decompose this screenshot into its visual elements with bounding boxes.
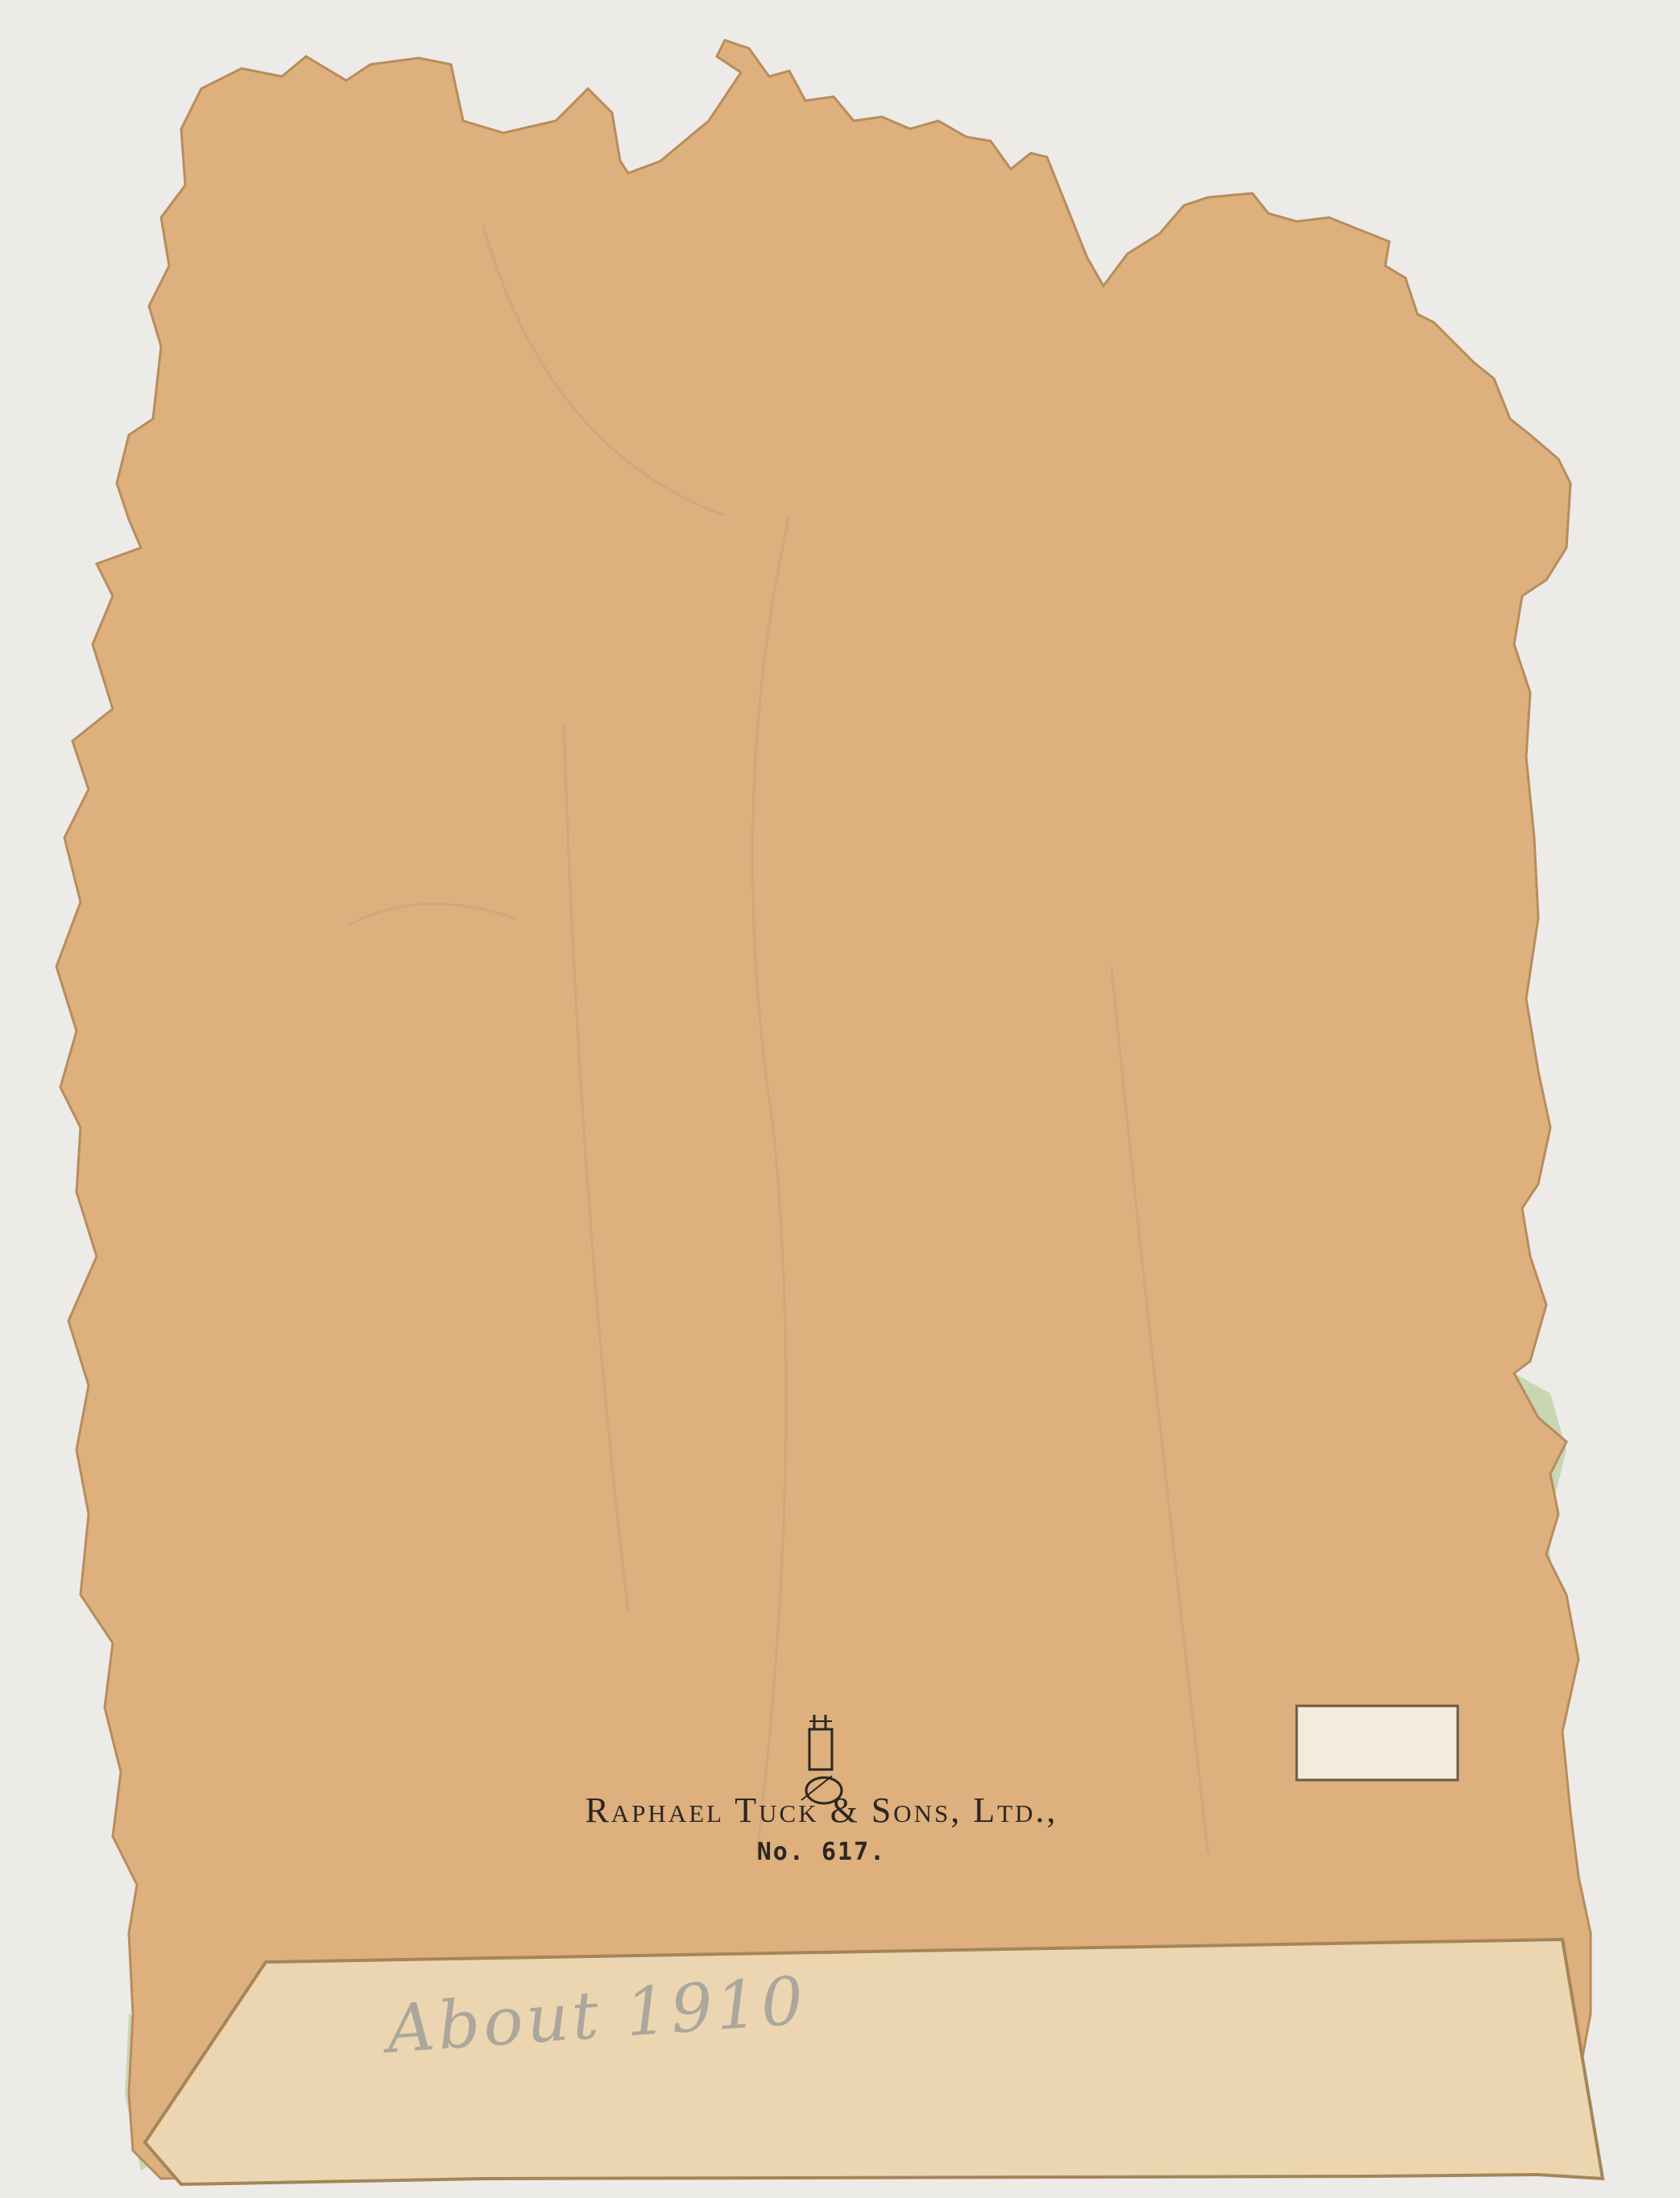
stand-flap [145,1939,1603,2184]
stand-slot [1297,1706,1458,1780]
card-scan [0,0,1680,2198]
publisher-imprint: Raphael Tuck & Sons, Ltd., [523,1790,1119,1831]
card-number: No. 617. [523,1838,1119,1866]
